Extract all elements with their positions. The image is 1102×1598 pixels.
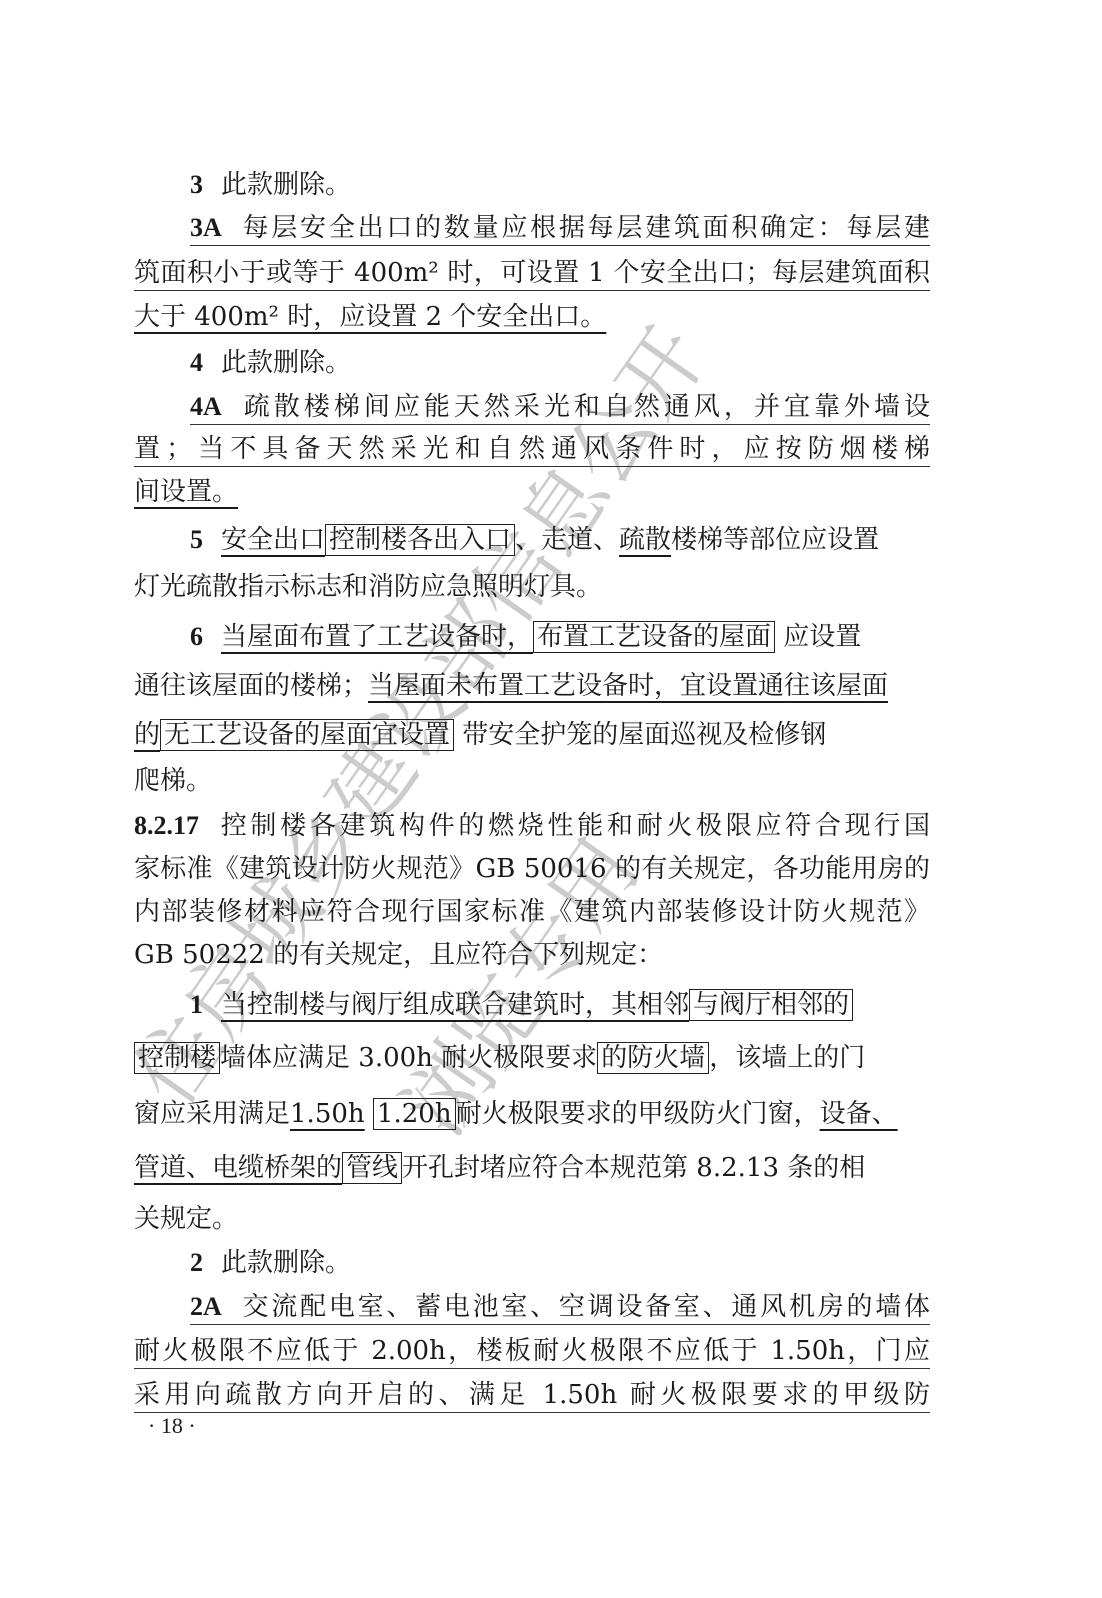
page-number: · 18 ·	[148, 1413, 196, 1439]
clause-number: 4	[190, 348, 203, 377]
clause-3A-line-3: 大于 400m² 时，应设置 2 个安全出口。	[134, 300, 930, 334]
inserted-text: 的	[134, 720, 160, 750]
clause-number: 1	[190, 990, 203, 1019]
clause-text: ，该墙上的门	[709, 1043, 865, 1073]
sub-2A-line-1: 2A交流配电室、蓄电池室、空调设备室、通风机房的墙体	[190, 1290, 930, 1325]
clause-6-line-2: 通往该屋面的楼梯；当屋面未布置工艺设备时，宜设置通往该屋面	[134, 669, 930, 703]
inserted-text: 管道、电缆桥架的	[134, 1153, 342, 1183]
section-8-2-17-line-2: 家标准《建筑设计防火规范》GB 50016 的有关规定，各功能用房的	[134, 852, 930, 886]
clause-number: 3A	[190, 213, 222, 242]
clause-5-line-1: 5安全出口控制楼各出入口、走道、疏散楼梯等部位应设置	[190, 523, 930, 557]
clause-text: 、走道、	[515, 525, 619, 555]
sub-1-line-5: 关规定。	[134, 1202, 930, 1236]
clause-text: 窗应采用满足	[134, 1099, 290, 1129]
deleted-text-box: 与阀厅相邻的	[689, 989, 853, 1021]
clause-number: 3	[190, 170, 203, 199]
clause-text: 通往该屋面的楼梯；	[134, 671, 368, 701]
clause-text: 楼梯等部位应设置	[671, 525, 879, 555]
inserted-text: 当屋面布置了工艺设备时，	[221, 622, 533, 652]
clause-4A-line-2: 置；当不具备天然采光和自然通风条件时，应按防烟楼梯	[134, 432, 930, 467]
clause-text: 筑面积小于或等于 400m² 时，可设置 1 个安全出口；每层建筑面积	[134, 258, 930, 288]
clause-6-line-3: 的无工艺设备的屋面宜设置 带安全护笼的屋面巡视及检修钢	[134, 718, 930, 752]
clause-6-line-1: 6当屋面布置了工艺设备时，布置工艺设备的屋面 应设置	[190, 620, 930, 654]
deleted-text-box: 无工艺设备的屋面宜设置	[160, 719, 454, 751]
document-page: 住房城乡建设部信息公开 浏览专用 3此款删除。 3A每层安全出口的数量应根据每层…	[0, 0, 1102, 1598]
section-number: 8.2.17	[134, 811, 199, 840]
clause-number: 6	[190, 622, 203, 651]
clause-text: 耐火极限要求的甲级防火门窗，	[456, 1099, 820, 1129]
clause-text: 置；当不具备天然采光和自然通风条件时，应按防烟楼梯	[134, 434, 930, 464]
sub-1-line-2: 控制楼墙体应满足 3.00h 耐火极限要求的防火墙，该墙上的门	[134, 1041, 930, 1075]
clause-text: 疏散楼梯间应能天然采光和自然通风，并宜靠外墙设	[240, 392, 930, 422]
clause-text: 应设置	[783, 622, 861, 652]
clause-text: 每层安全出口的数量应根据每层建筑面积确定：每层建	[240, 213, 930, 243]
clause-text: 开孔封堵应符合本规范第 8.2.13 条的相	[402, 1153, 865, 1183]
sub-2A-line-2: 耐火极限不应低于 2.00h，楼板耐火极限不应低于 1.50h，门应	[134, 1334, 930, 1369]
clause-number: 2	[190, 1248, 203, 1277]
inserted-text: 安全出口	[221, 525, 325, 555]
clause-number: 4A	[190, 392, 222, 421]
section-8-2-17-line-3: 内部装修材料应符合现行国家标准《建筑内部装修设计防火规范》	[134, 895, 930, 929]
inserted-text: 1.50h	[290, 1099, 365, 1129]
section-8-2-17-line-1: 8.2.17控制楼各建筑构件的燃烧性能和耐火极限应符合现行国	[134, 809, 930, 843]
sub-1-line-1: 1当控制楼与阀厅组成联合建筑时，其相邻与阀厅相邻的	[190, 988, 930, 1022]
clause-3A-line-1: 3A每层安全出口的数量应根据每层建筑面积确定：每层建	[190, 211, 930, 246]
sub-2A-line-3: 采用向疏散方向开启的、满足 1.50h 耐火极限要求的甲级防	[134, 1378, 930, 1413]
clause-text: 带安全护笼的屋面巡视及检修钢	[462, 720, 826, 750]
clause-text: 采用向疏散方向开启的、满足 1.50h 耐火极限要求的甲级防	[134, 1380, 930, 1410]
clause-5-line-2: 灯光疏散指示标志和消防应急照明灯具。	[134, 570, 930, 604]
section-text: GB 50222 的有关规定，且应符合下列规定：	[134, 940, 663, 970]
clause-text: 大于 400m² 时，应设置 2 个安全出口。	[134, 302, 606, 332]
inserted-text: 当控制楼与阀厅组成联合建筑时，其相邻	[221, 990, 689, 1020]
clause-6-line-4: 爬梯。	[134, 764, 930, 798]
section-8-2-17-line-4: GB 50222 的有关规定，且应符合下列规定：	[134, 938, 930, 972]
inserted-text: 疏散	[619, 525, 671, 555]
inserted-text: 设备、	[820, 1099, 898, 1129]
deleted-text-box: 1.20h	[373, 1098, 456, 1130]
clause-text: 关规定。	[134, 1204, 238, 1234]
deleted-text-box: 控制楼各出入口	[325, 524, 515, 556]
section-text: 家标准《建筑设计防火规范》GB 50016 的有关规定，各功能用房的	[134, 854, 930, 884]
clause-text: 耐火极限不应低于 2.00h，楼板耐火极限不应低于 1.50h，门应	[134, 1336, 930, 1366]
deleted-text-box: 的防火墙	[597, 1042, 709, 1074]
clause-4: 4此款删除。	[190, 346, 930, 380]
clause-3A-line-2: 筑面积小于或等于 400m² 时，可设置 1 个安全出口；每层建筑面积	[134, 256, 930, 291]
clause-3: 3此款删除。	[190, 168, 930, 202]
clause-4A-line-3: 间设置。	[134, 475, 930, 509]
clause-text: 灯光疏散指示标志和消防应急照明灯具。	[134, 572, 602, 602]
clause-text: 此款删除。	[221, 1248, 351, 1278]
clause-number: 5	[190, 525, 203, 554]
deleted-text-box: 控制楼	[134, 1042, 220, 1074]
deleted-text-box: 布置工艺设备的屋面	[533, 621, 775, 653]
clause-text: 间设置。	[134, 477, 238, 507]
section-text: 控制楼各建筑构件的燃烧性能和耐火极限应符合现行国	[217, 811, 930, 841]
sub-2: 2此款删除。	[190, 1246, 930, 1280]
clause-number: 2A	[190, 1292, 222, 1321]
inserted-text: 当屋面未布置工艺设备时，宜设置通往该屋面	[368, 671, 888, 701]
sub-1-line-3: 窗应采用满足1.50h 1.20h耐火极限要求的甲级防火门窗，设备、	[134, 1097, 930, 1131]
clause-text: 墙体应满足 3.00h 耐火极限要求	[220, 1043, 597, 1073]
document-body: 3此款删除。 3A每层安全出口的数量应根据每层建筑面积确定：每层建 筑面积小于或…	[0, 0, 1102, 1598]
section-text: 内部装修材料应符合现行国家标准《建筑内部装修设计防火规范》	[134, 897, 930, 927]
clause-text: 此款删除。	[221, 348, 351, 378]
sub-1-line-4: 管道、电缆桥架的管线开孔封堵应符合本规范第 8.2.13 条的相	[134, 1151, 930, 1185]
clause-text: 此款删除。	[221, 170, 351, 200]
clause-text: 交流配电室、蓄电池室、空调设备室、通风机房的墙体	[240, 1292, 930, 1322]
clause-text: 爬梯。	[134, 766, 212, 796]
deleted-text-box: 管线	[342, 1152, 402, 1184]
clause-4A-line-1: 4A疏散楼梯间应能天然采光和自然通风，并宜靠外墙设	[190, 390, 930, 425]
